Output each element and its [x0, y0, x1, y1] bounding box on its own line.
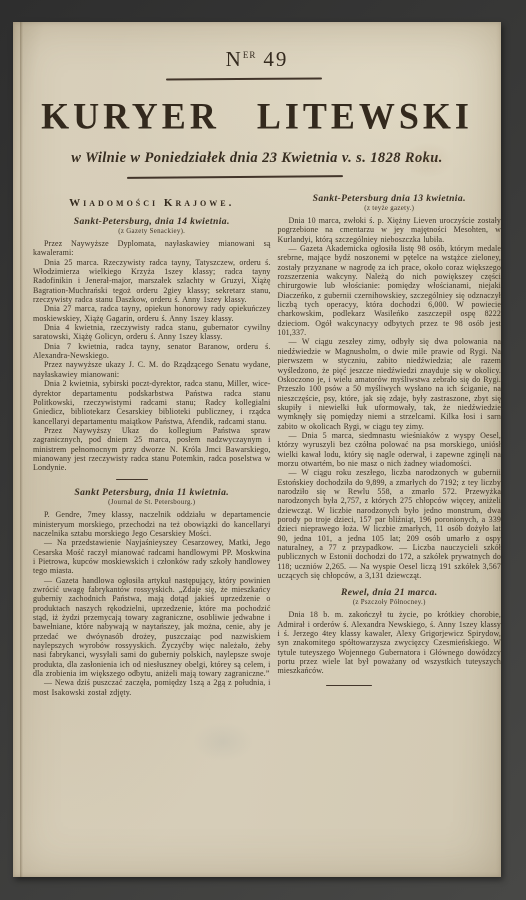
article-paragraph: Dnia 7 kwietnia, radca tayny, senator Ba…	[33, 342, 270, 361]
masthead: Ner49 KURYER LITEWSKI w Wilnie w Poniedz…	[13, 47, 501, 178]
article-paragraph: Dnia 4 kwietnia, rzeczywisty radca stanu…	[33, 323, 270, 342]
masthead-top-rule	[166, 77, 322, 80]
article-source-note: (z Pszczoły Północney.)	[277, 599, 501, 606]
article-dateline-heading: Sankt Petersburg, dnia 11 kwietnia.	[33, 487, 270, 498]
left-column: Wiadomości Krajowe. Sankt-Petersburg, dn…	[33, 193, 270, 697]
article-paragraph: Dnia 25 marca. Rzeczywisty radca tayny, …	[33, 258, 270, 305]
paper-stain	[193, 722, 253, 762]
article-paragraph: — Dnia 5 marca, siedmnastu wieśniaków z …	[277, 431, 501, 468]
section-divider-rule	[116, 479, 148, 481]
section-heading-wiadomosci-krajowe: Wiadomości Krajowe.	[33, 197, 270, 209]
right-column: Sankt-Petersburg dnia 13 kwietnia. (z te…	[277, 193, 501, 697]
newspaper-title: KURYER LITEWSKI	[13, 94, 501, 138]
article-paragraph: — Gazeta handlowa ogłosiła artykuł nastę…	[33, 576, 270, 679]
article-source-note: (Journal de St. Petersbourg.)	[33, 499, 270, 506]
issue-prefix: N	[226, 47, 243, 71]
article-paragraph: P. Gendre, 7mey klassy, naczelnik oddzia…	[33, 510, 270, 538]
article-dateline-heading: Rewel, dnia 21 marca.	[277, 587, 501, 598]
article-paragraph: — Na przedstawienie Nayjaśnieyszey Cesar…	[33, 538, 270, 575]
newspaper-page: Ner49 KURYER LITEWSKI w Wilnie w Poniedz…	[13, 22, 501, 877]
article-source-note: (z teyże gazety.)	[277, 205, 501, 212]
article-paragraph: Dnia 27 marca, radca tayny, opiekun hono…	[33, 304, 270, 323]
issue-superscript: er	[243, 50, 257, 60]
article-paragraph: Przez Naywyższe Dyplomata, nayłaskawiey …	[33, 239, 270, 258]
masthead-bottom-rule	[127, 175, 343, 179]
end-of-column-rule	[326, 685, 372, 687]
article-paragraph: — W ciągu roku zeszłego, liczba narodzon…	[277, 468, 501, 580]
article-paragraph: Dnia 2 kwietnia, sybirski poczt-dyrektor…	[33, 379, 270, 426]
scanner-background: Ner49 KURYER LITEWSKI w Wilnie w Poniedz…	[0, 0, 526, 900]
article-paragraph: Dnia 10 marca, zwłoki ś. p. Xiężny Lieve…	[277, 216, 501, 244]
article-dateline-heading: Sankt-Petersburg dnia 13 kwietnia.	[277, 193, 501, 204]
article-dateline-heading: Sankt-Petersburg, dnia 14 kwietnia.	[33, 216, 270, 227]
article-source-note: (z Gazety Senackiey).	[33, 228, 270, 235]
masthead-dateline: w Wilnie w Poniedziałek dnia 23 Kwietnia…	[13, 150, 501, 167]
article-paragraph: — W ciągu zeszłey zimy, odbyły się dwa p…	[277, 337, 501, 430]
issue-value: 49	[263, 47, 288, 71]
article-paragraph: Przez naywyższe ukazy J. C. M. do Rządzą…	[33, 360, 270, 379]
issue-number: Ner49	[13, 47, 501, 72]
article-paragraph: — Newa dziś puszczać zaczęła, pomiędzy 1…	[33, 678, 270, 697]
article-paragraph: Dnia 18 b. m. zakończył tu życie, po kró…	[277, 610, 501, 675]
article-columns: Wiadomości Krajowe. Sankt-Petersburg, dn…	[33, 193, 501, 697]
article-paragraph: — Gazeta Akademicka ogłosiła listę 98 os…	[277, 244, 501, 337]
article-paragraph: Przez Naywyższy Ukaz do kollegium Państw…	[33, 426, 270, 473]
paper-fold-line	[20, 22, 23, 877]
